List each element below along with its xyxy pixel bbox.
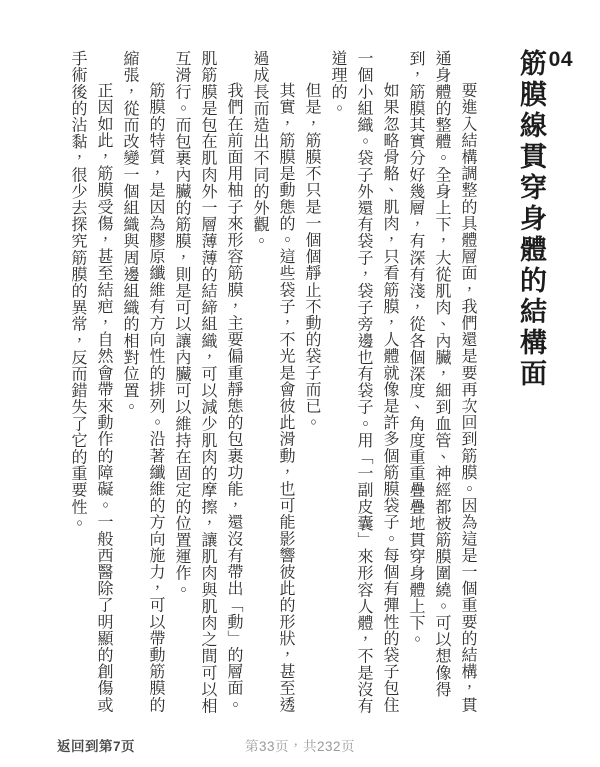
reader-footer: 返回到第7页 第33页，共232页 [0, 733, 600, 757]
ebook-page: 04 筋膜線貫穿身體的結構面 要進入結構調整的具體層面，我們還是要再次回到筋膜。… [0, 0, 600, 767]
body-text: 要進入結構調整的具體層面，我們還是要再次回到筋膜。因為這是一個重要的結構，貫通身… [56, 50, 480, 714]
chapter-title: 筋膜線貫穿身體的結構面 [515, 49, 545, 749]
body-paragraph: 但是，筋膜不只是一個個靜止不動的袋子而已。 [298, 50, 324, 714]
page-indicator: 第33页，共232页 [0, 735, 600, 755]
body-paragraph: 其實，筋膜是動態的。這些袋子，不光是會彼此滑動，也可能影響彼此的形狀，甚至透過成… [246, 50, 298, 714]
body-paragraph: 我們在前面用柚子來形容筋膜，主要偏重靜態的包裹功能，還沒有帶出「動」的層面。肌筋… [168, 50, 246, 714]
body-paragraph: 要進入結構調整的具體層面，我們還是要再次回到筋膜。因為這是一個重要的結構，貫通身… [402, 50, 480, 714]
body-paragraph: 如果忽略骨骼、肌肉，只看筋膜，人體就像是許多個筋膜袋子。每個有彈性的袋子包住一個… [324, 50, 402, 714]
chapter-number: 04 [549, 48, 573, 72]
body-paragraph: 正因如此，筋膜受傷，甚至結疤，自然會帶來動作的障礙。一般西醫除了明顯的創傷或手術… [64, 50, 116, 714]
body-paragraph: 筋膜的特質，是因為膠原纖維有方向性的排列。沿著纖維的方向施力，可以帶動筋膜的縮張… [116, 50, 168, 714]
